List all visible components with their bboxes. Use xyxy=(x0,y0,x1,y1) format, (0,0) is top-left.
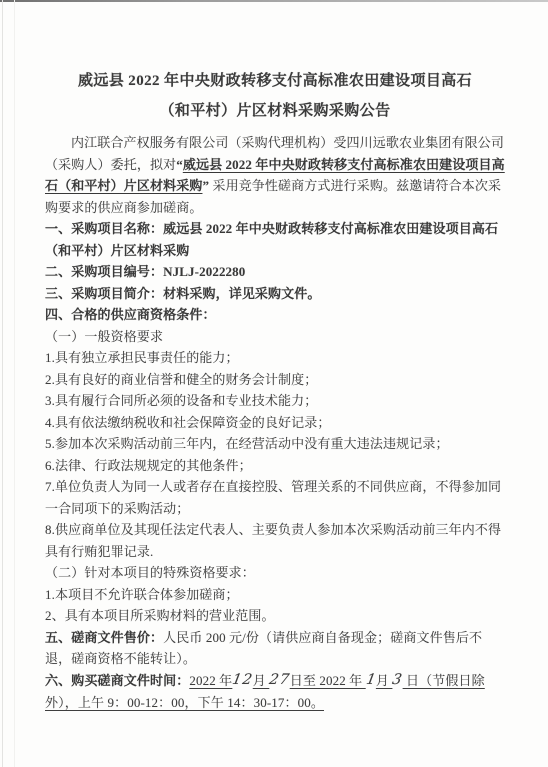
document-page: 威远县 2022 年中央财政转移支付高标准农田建设项目高石（和平村）片区材料采购… xyxy=(0,0,548,767)
general-requirements-heading: （一）一般资格要求 xyxy=(45,326,505,348)
scan-edge-left xyxy=(2,0,3,767)
section-project-brief-value: 材料采购，详见采购文件。 xyxy=(163,286,320,301)
scan-edge-left-faint xyxy=(14,0,15,767)
date-part-3: 日至 2022 年 xyxy=(290,673,366,688)
scan-edge-top xyxy=(0,0,548,2)
section-project-name: 一、采购项目名称：威远县 2022 年中央财政转移支付高标准农田建设项目高石（和… xyxy=(45,218,505,261)
quote-open: “ xyxy=(176,157,183,172)
title-line-1: 威远县 2022 年中央财政转移支付高标准农田建设项目高石 xyxy=(45,66,505,96)
section-project-number-label: 二、采购项目编号： xyxy=(45,264,163,279)
intro-paragraph: 内江联合产权服务有限公司（采购代理机构）受四川远歌农业集团有限公司（采购人）委托… xyxy=(45,132,505,218)
date-part-1: 2022 年 xyxy=(189,673,232,688)
page-title: 威远县 2022 年中央财政转移支付高标准农田建设项目高石（和平村）片区材料采购… xyxy=(45,66,505,126)
special-requirement-item-2: 2、具有本项目所采购材料的营业范围。 xyxy=(45,605,505,627)
general-requirement-item-4: 4.具有依法缴纳税收和社会保障资金的良好记录； xyxy=(45,412,505,434)
special-requirement-item-1: 1.本项目不允许联合体参加磋商； xyxy=(45,584,505,606)
section-project-number: 二、采购项目编号：NJLJ-2022280 xyxy=(45,261,505,283)
general-requirement-item-5: 5.参加本次采购活动前三年内，在经营活动中没有重大违法违规记录； xyxy=(45,433,505,455)
section-project-number-value: NJLJ-2022280 xyxy=(163,264,245,279)
title-line-2: （和平村）片区材料采购采购公告 xyxy=(45,96,505,126)
general-requirement-item-7: 7.单位负责人为同一人或者存在直接控股、管理关系的不同供应商，不得参加同一合同项… xyxy=(45,476,505,519)
section-project-brief-label: 三、采购项目简介： xyxy=(45,286,163,301)
general-requirement-item-8: 8.供应商单位及其现任法定代表人、主要负责人参加本次采购活动前三年内不得具有行贿… xyxy=(45,519,505,562)
handwritten-day-start: 27 xyxy=(268,670,292,692)
section-project-name-label: 一、采购项目名称： xyxy=(45,221,163,236)
section-purchase-time: 六、购买磋商文件时间：2022 年12月 27日至 2022 年 1月 3 日（… xyxy=(45,670,505,714)
section-qualification-heading: 四、合格的供应商资格条件： xyxy=(45,304,505,326)
general-requirement-item-2: 2.具有良好的商业信誉和健全的财务会计制度； xyxy=(45,369,505,391)
special-requirements-heading: （二）针对本项目的特殊资格要求： xyxy=(45,562,505,584)
general-requirement-item-6: 6.法律、行政法规规定的其他条件； xyxy=(45,455,505,477)
general-requirement-item-3: 3.具有履行合同所必须的设备和专业技术能力； xyxy=(45,390,505,412)
handwritten-month-start: 12 xyxy=(231,670,255,692)
date-part-4: 月 xyxy=(376,673,393,688)
section-purchase-time-label: 六、购买磋商文件时间： xyxy=(45,673,189,688)
section-project-brief: 三、采购项目简介：材料采购，详见采购文件。 xyxy=(45,283,505,305)
general-requirement-item-1: 1.具有独立承担民事责任的能力； xyxy=(45,347,505,369)
section-document-price: 五、磋商文件售价：人民币 200 元/份（请供应商自备现金；磋商文件售后不退，磋… xyxy=(45,627,505,670)
document-body: 内江联合产权服务有限公司（采购代理机构）受四川远歌农业集团有限公司（采购人）委托… xyxy=(45,132,505,714)
section-document-price-label: 五、磋商文件售价： xyxy=(45,630,163,645)
date-part-2: 月 xyxy=(253,673,270,688)
